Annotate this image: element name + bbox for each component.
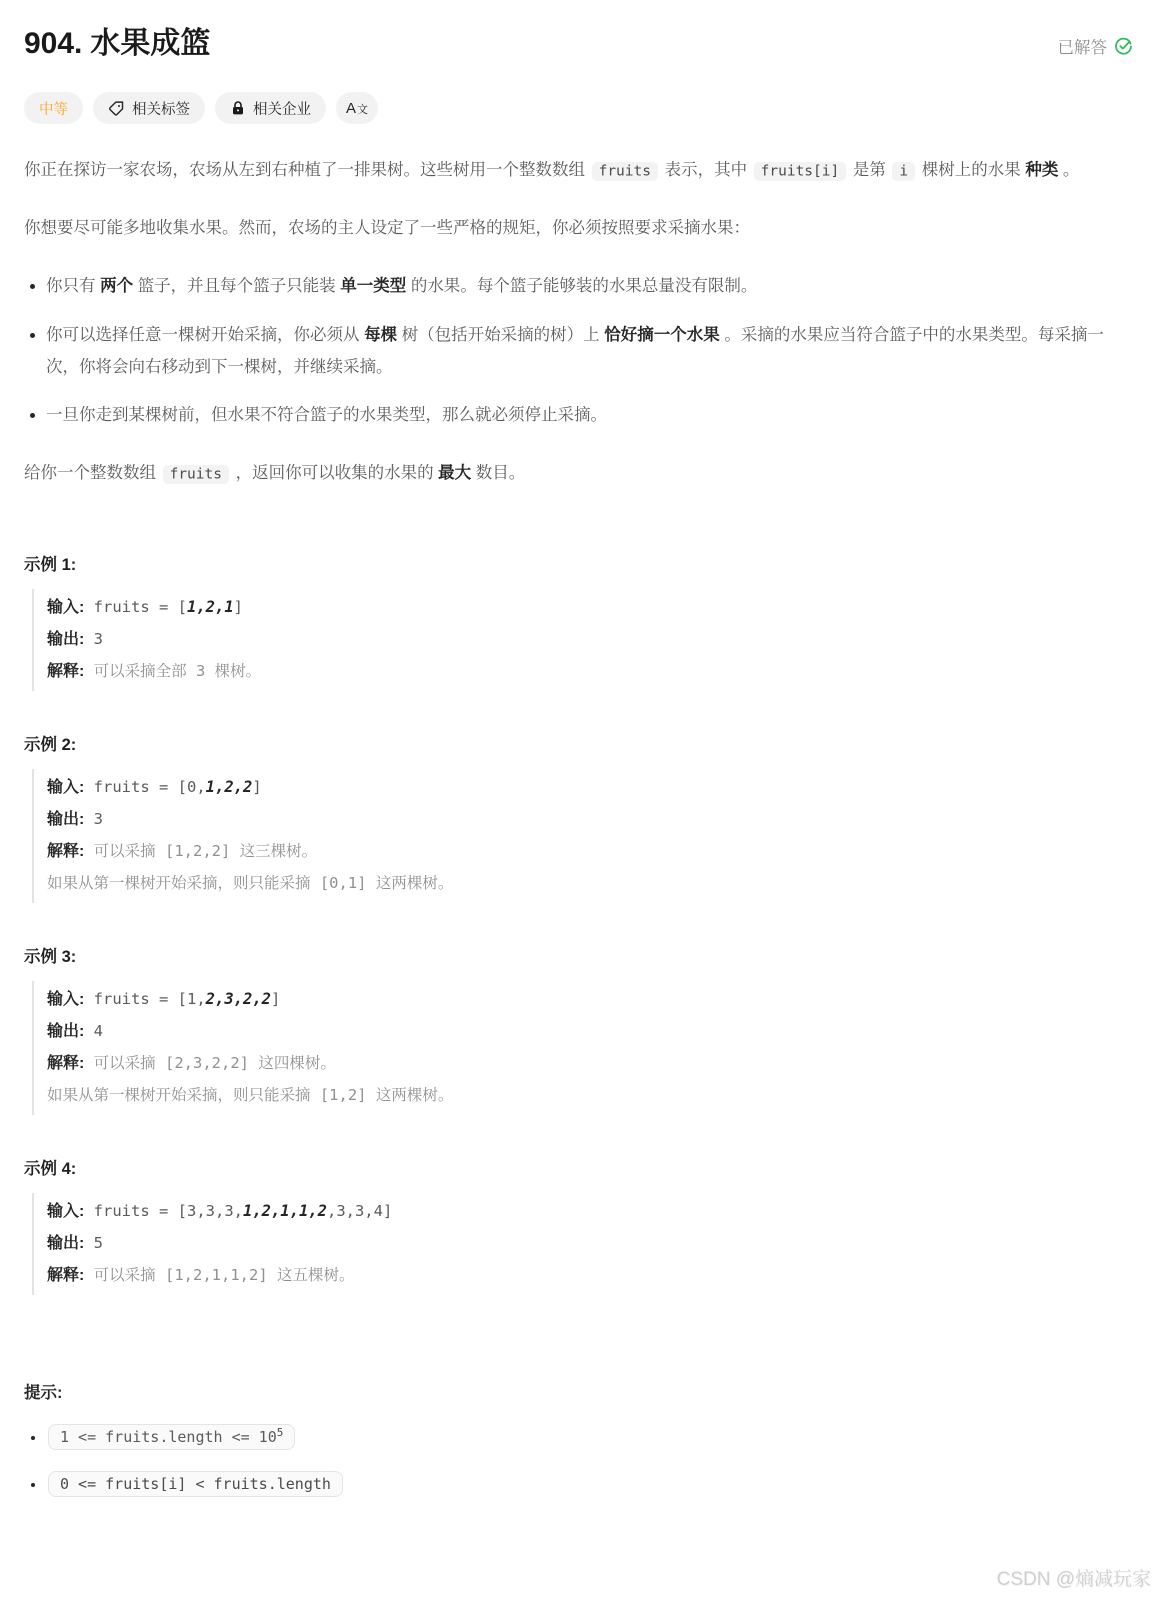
text-run: 树（包括开始采摘的树）上 — [397, 326, 604, 344]
example-block: 输入: fruits = [1,2,1] 输出: 3 解释: 可以采摘全部 3 … — [32, 589, 1133, 691]
related-companies-button[interactable]: 相关企业 — [215, 92, 326, 124]
example-heading: 示例 2: — [24, 731, 1133, 755]
difficulty-badge[interactable]: 中等 — [24, 92, 83, 124]
line-label: 输入: — [47, 599, 84, 616]
line-content: 4 — [84, 1022, 103, 1040]
hints-list: 1 <= fruits.length <= 105 0 <= fruits[i]… — [24, 1425, 1133, 1496]
line-label: 输入: — [47, 1203, 84, 1220]
text-run: 的水果。每个篮子能够装的水果总量没有限制。 — [406, 277, 757, 295]
line-content: 如果从第一棵树开始采摘，则只能采摘 [1,2] 这两棵树。 — [47, 1086, 453, 1104]
highlight-value: 2,3,2,2 — [206, 990, 271, 1008]
text-run: ] — [252, 778, 261, 796]
line-label: 输出: — [47, 1235, 84, 1252]
rule-item: 一旦你走到某棵树前，但水果不符合篮子的水果类型，那么就必须停止采摘。 — [46, 399, 1133, 431]
line-label: 输出: — [47, 1023, 84, 1040]
example-line: 输出: 5 — [47, 1228, 1133, 1260]
example-line: 解释: 可以采摘 [2,3,2,2] 这四棵树。 — [47, 1048, 1133, 1080]
example-section-4: 示例 4: 输入: fruits = [3,3,3,1,2,1,1,2,3,3,… — [24, 1155, 1133, 1295]
line-label: 解释: — [47, 843, 84, 860]
muted-text: 可以采摘 [1,2,2] 这三棵树。 — [84, 842, 317, 860]
text-run: 3 — [84, 810, 103, 828]
highlight-value: 1,2,1,1,2 — [243, 1202, 327, 1220]
example-line: 输入: fruits = [3,3,3,1,2,1,1,2,3,3,4] — [47, 1196, 1133, 1228]
line-content: 3 — [84, 630, 103, 648]
text-run: 你正在探访一家农场，农场从左到右种植了一排果树。这些树用一个整数数组 — [24, 161, 590, 179]
text-run: 你想要尽可能多地收集水果。然而，农场的主人设定了一些严格的规矩，你必须按照要求采… — [24, 219, 750, 237]
related-tags-label: 相关标签 — [132, 98, 190, 119]
example-line: 输出: 3 — [47, 804, 1133, 836]
description-paragraph-3: 给你一个整数数组 fruits ，返回你可以收集的水果的 最大 数目。 — [24, 457, 1133, 489]
example-line: 解释: 可以采摘全部 3 棵树。 — [47, 656, 1133, 688]
related-tags-button[interactable]: 相关标签 — [93, 92, 205, 124]
related-companies-label: 相关企业 — [253, 98, 311, 119]
example-line: 解释: 可以采摘 [1,2,2] 这三棵树。 — [47, 836, 1133, 868]
solved-label: 已解答 — [1058, 34, 1108, 58]
example-heading: 示例 4: — [24, 1155, 1133, 1179]
text-run: ，返回你可以收集的水果的 — [231, 464, 438, 482]
line-label: 输出: — [47, 811, 84, 828]
hints-heading: 提示: — [24, 1379, 1133, 1403]
translate-letter: A — [346, 100, 356, 117]
text-run: 数目。 — [471, 464, 525, 482]
inline-code: fruits — [592, 162, 658, 181]
text-run: 3 — [84, 630, 103, 648]
line-label: 解释: — [47, 663, 84, 680]
header: 904.水果成篮 已解答 — [24, 26, 1133, 62]
line-content: fruits = [3,3,3,1,2,1,1,2,3,3,4] — [84, 1202, 392, 1220]
page-title: 904.水果成篮 — [24, 26, 210, 62]
text-run: 是第 — [848, 161, 890, 179]
problem-page: 904.水果成篮 已解答 中等 相关标签 — [0, 0, 1161, 1607]
muted-text: 可以采摘 [1,2,1,1,2] 这五棵树。 — [84, 1266, 354, 1284]
translate-icon: A文 — [346, 100, 368, 117]
line-label: 输入: — [47, 779, 84, 796]
example-line: 如果从第一棵树开始采摘，则只能采摘 [0,1] 这两棵树。 — [47, 868, 1133, 900]
problem-number: 904. — [24, 27, 82, 60]
text-run: 表示，其中 — [660, 161, 752, 179]
text-run: fruits = [3,3,3, — [84, 1202, 243, 1220]
watermark: CSDN @熵减玩家 — [997, 1564, 1151, 1591]
bold-text: 种类 — [1025, 161, 1058, 179]
translate-button[interactable]: A文 — [336, 92, 378, 124]
text-run: ,3,3,4] — [327, 1202, 392, 1220]
line-label: 解释: — [47, 1267, 84, 1284]
muted-text: 如果从第一棵树开始采摘，则只能采摘 [0,1] 这两棵树。 — [47, 874, 453, 892]
bold-text: 恰好摘一个水果 — [604, 326, 720, 344]
problem-name: 水果成篮 — [90, 27, 210, 60]
example-line: 如果从第一棵树开始采摘，则只能采摘 [1,2] 这两棵树。 — [47, 1080, 1133, 1112]
status-badge: 已解答 — [1058, 34, 1134, 58]
line-content: 可以采摘全部 3 棵树。 — [84, 662, 261, 680]
text-run: 1 <= fruits.length <= 10 — [60, 1428, 277, 1446]
muted-text: 如果从第一棵树开始采摘，则只能采摘 [1,2] 这两棵树。 — [47, 1086, 453, 1104]
text-run: 。 — [1058, 161, 1079, 179]
rule-item: 你只有 两个 篮子，并且每个篮子只能装 单一类型 的水果。每个篮子能够装的水果总… — [46, 270, 1133, 302]
bold-text: 每棵 — [364, 326, 397, 344]
text-run: 4 — [84, 1022, 103, 1040]
example-section-3: 示例 3: 输入: fruits = [1,2,3,2,2] 输出: 4 解释:… — [24, 943, 1133, 1115]
rule-item: 你可以选择任意一棵树开始采摘，你必须从 每棵 树（包括开始采摘的树）上 恰好摘一… — [46, 319, 1133, 383]
text-run: fruits = [0, — [84, 778, 205, 796]
muted-text: 可以采摘 [2,3,2,2] 这四棵树。 — [84, 1054, 335, 1072]
inline-code: fruits[i] — [754, 162, 847, 181]
hint-item: 1 <= fruits.length <= 105 — [46, 1425, 1133, 1449]
example-line: 解释: 可以采摘 [1,2,1,1,2] 这五棵树。 — [47, 1260, 1133, 1292]
text-run: 篮子，并且每个篮子只能装 — [133, 277, 340, 295]
example-line: 输出: 3 — [47, 624, 1133, 656]
check-circle-icon — [1114, 37, 1133, 56]
highlight-value: 1,2,2 — [206, 778, 253, 796]
highlight-value: 1,2,1 — [187, 598, 234, 616]
example-heading: 示例 3: — [24, 943, 1133, 967]
lock-icon — [230, 100, 246, 116]
example-section-2: 示例 2: 输入: fruits = [0,1,2,2] 输出: 3 解释: 可… — [24, 731, 1133, 903]
rules-list: 你只有 两个 篮子，并且每个篮子只能装 单一类型 的水果。每个篮子能够装的水果总… — [24, 270, 1133, 431]
line-label: 解释: — [47, 1055, 84, 1072]
example-line: 输入: fruits = [1,2,1] — [47, 592, 1133, 624]
example-heading: 示例 1: — [24, 551, 1133, 575]
hint-item: 0 <= fruits[i] < fruits.length — [46, 1474, 1133, 1496]
line-content: fruits = [1,2,3,2,2] — [84, 990, 280, 1008]
example-line: 输入: fruits = [0,1,2,2] — [47, 772, 1133, 804]
line-content: fruits = [0,1,2,2] — [84, 778, 261, 796]
inline-code: fruits — [163, 465, 229, 484]
tag-icon — [108, 100, 125, 117]
text-run: fruits = [ — [84, 598, 187, 616]
text-run: 你只有 — [46, 277, 100, 295]
line-content: 可以采摘 [1,2,1,1,2] 这五棵树。 — [84, 1266, 354, 1284]
line-content: 3 — [84, 810, 103, 828]
translate-cjk: 文 — [357, 104, 368, 116]
example-block: 输入: fruits = [3,3,3,1,2,1,1,2,3,3,4] 输出:… — [32, 1193, 1133, 1295]
example-block: 输入: fruits = [1,2,3,2,2] 输出: 4 解释: 可以采摘 … — [32, 981, 1133, 1115]
text-run: 一旦你走到某棵树前，但水果不符合篮子的水果类型，那么就必须停止采摘。 — [46, 406, 607, 424]
line-content: 如果从第一棵树开始采摘，则只能采摘 [0,1] 这两棵树。 — [47, 874, 453, 892]
bold-text: 最大 — [438, 464, 471, 482]
line-label: 输入: — [47, 991, 84, 1008]
example-block: 输入: fruits = [0,1,2,2] 输出: 3 解释: 可以采摘 [1… — [32, 769, 1133, 903]
example-line: 输入: fruits = [1,2,3,2,2] — [47, 984, 1133, 1016]
text-run: 你可以选择任意一棵树开始采摘，你必须从 — [46, 326, 364, 344]
tag-bar: 中等 相关标签 相关企业 A文 — [24, 92, 1133, 124]
bold-text: 两个 — [100, 277, 133, 295]
line-content: 5 — [84, 1234, 103, 1252]
text-run: 5 — [84, 1234, 103, 1252]
inline-code: 1 <= fruits.length <= 105 — [48, 1424, 295, 1450]
line-content: 可以采摘 [2,3,2,2] 这四棵树。 — [84, 1054, 335, 1072]
text-run: fruits = [1, — [84, 990, 205, 1008]
text-run: 棵树上的水果 — [917, 161, 1025, 179]
line-label: 输出: — [47, 631, 84, 648]
superscript: 5 — [277, 1426, 284, 1439]
example-section-1: 示例 1: 输入: fruits = [1,2,1] 输出: 3 解释: 可以采… — [24, 551, 1133, 691]
line-content: 可以采摘 [1,2,2] 这三棵树。 — [84, 842, 317, 860]
inline-code: 0 <= fruits[i] < fruits.length — [48, 1471, 343, 1497]
line-content: fruits = [1,2,1] — [84, 598, 243, 616]
text-run: 给你一个整数数组 — [24, 464, 161, 482]
inline-code: i — [892, 162, 915, 181]
description-paragraph-1: 你正在探访一家农场，农场从左到右种植了一排果树。这些树用一个整数数组 fruit… — [24, 154, 1133, 186]
text-run: ] — [234, 598, 243, 616]
text-run: ] — [271, 990, 280, 1008]
muted-text: 可以采摘全部 3 棵树。 — [84, 662, 261, 680]
bold-text: 单一类型 — [340, 277, 406, 295]
description-paragraph-2: 你想要尽可能多地收集水果。然而，农场的主人设定了一些严格的规矩，你必须按照要求采… — [24, 212, 1133, 244]
example-line: 输出: 4 — [47, 1016, 1133, 1048]
